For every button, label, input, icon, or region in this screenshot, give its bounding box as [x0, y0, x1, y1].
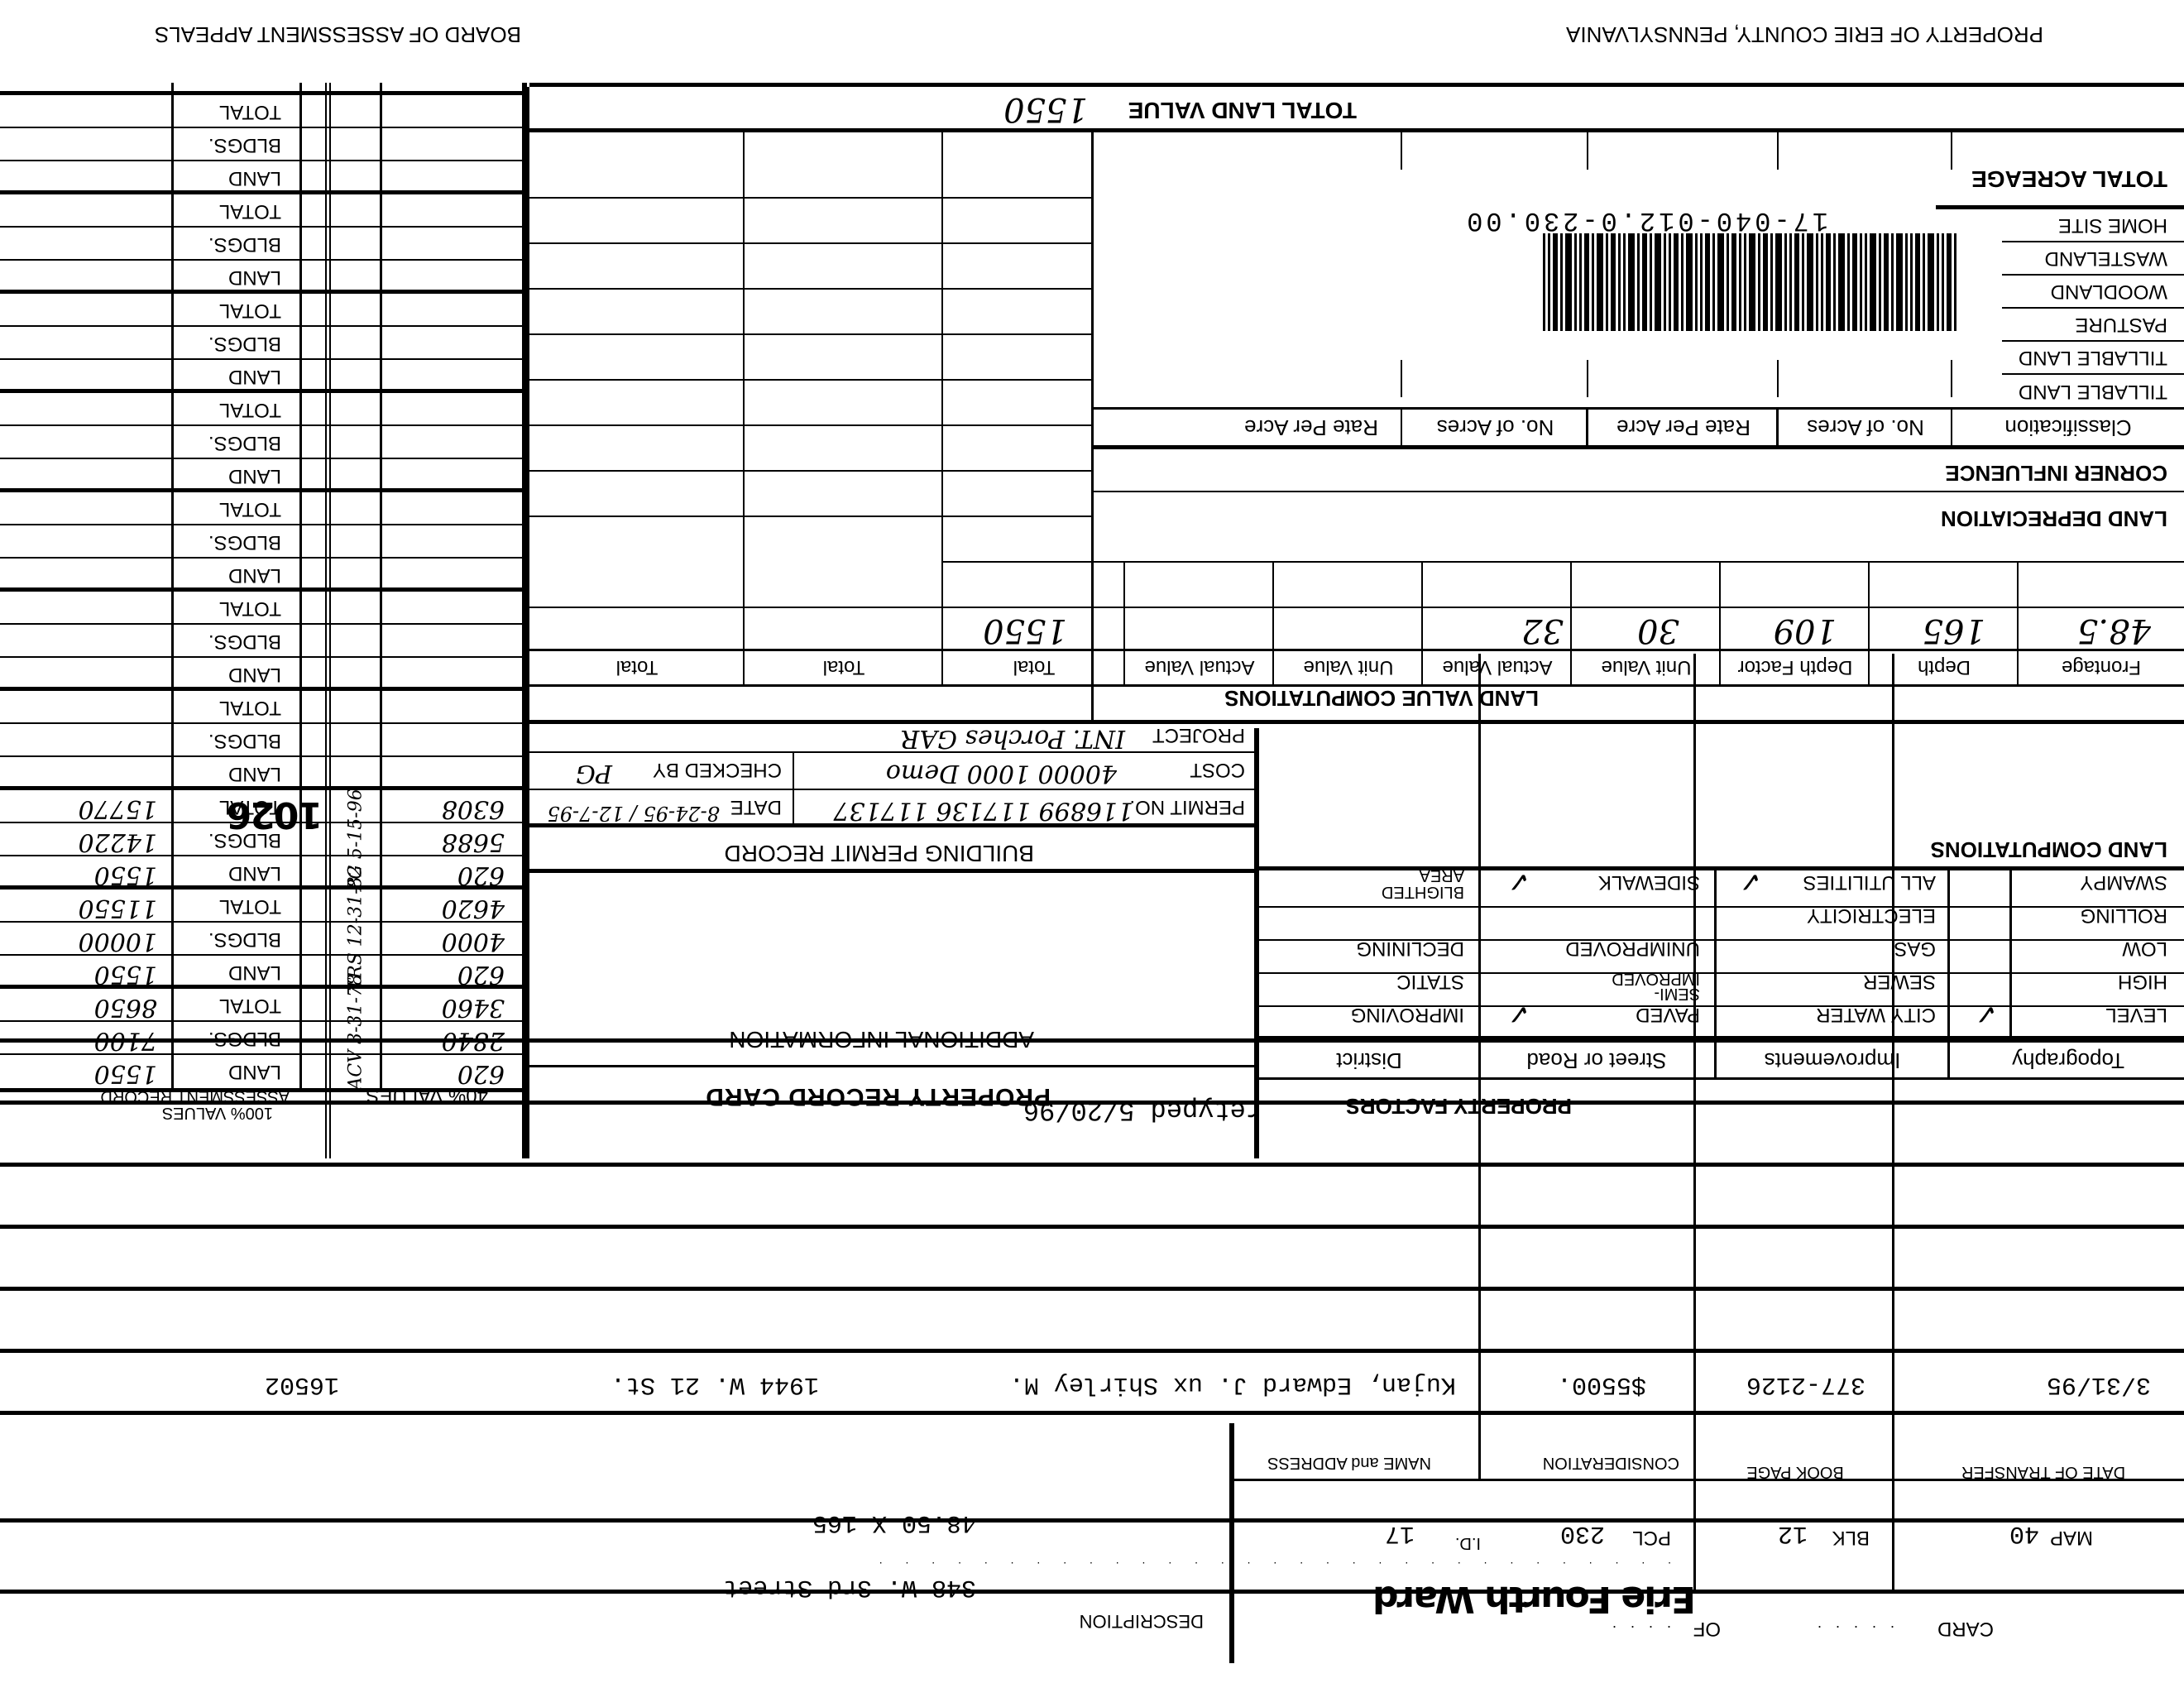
acre-col-no-acres-1: No. of Acres — [1779, 417, 1952, 439]
permit-no-values: 116899 117136 117137 — [833, 796, 1133, 825]
center-right-border-top — [527, 720, 529, 1158]
factor-topo: LOW — [2122, 938, 2167, 958]
total-land-value-label: TOTAL LAND VALUE — [1128, 98, 1357, 122]
tc-line — [529, 242, 1092, 244]
land-value-computations-title: LAND VALUE COMPUTATIONS — [1224, 688, 1539, 709]
value-40pct: 4620 — [442, 894, 505, 923]
total-land-value-amount: 1550 — [1003, 90, 1088, 128]
lvc-div — [1123, 563, 1125, 687]
id-value: 17 — [1385, 1519, 1415, 1547]
factors-col-district: District — [1262, 1050, 1477, 1072]
property-record-card: CARD . . . . . OF . . . . Erie Fourth Wa… — [0, 0, 2184, 1688]
acre-div — [1951, 410, 1952, 449]
assessment-row-label: TOTAL — [219, 300, 281, 320]
blk-label: BLK — [1832, 1527, 1870, 1547]
acre-row-label: WASTELAND — [2045, 248, 2167, 268]
cost-label: COST — [1190, 760, 1245, 779]
factor-topo: ROLLING — [2081, 905, 2167, 925]
tc-line — [529, 379, 1092, 381]
value-100pct: 14220 — [79, 827, 157, 856]
value-100pct: 8650 — [94, 993, 157, 1022]
id-label: I.D. — [1455, 1535, 1481, 1551]
acre-row-label: HOME SITE — [2058, 215, 2167, 235]
assessment-row-line — [0, 885, 527, 890]
assessment-row-line — [0, 290, 527, 294]
parcel-number: 17-040-012.0-230.00 — [1463, 205, 1828, 236]
transfer-row-line-3 — [0, 1225, 2184, 1229]
acre-row-line — [2002, 274, 2184, 276]
acre-row-label: PASTURE — [2075, 314, 2167, 334]
tc-line — [529, 470, 1092, 472]
factors-div-c — [1714, 869, 1717, 1080]
acre-div — [1401, 410, 1402, 449]
acre-tick — [1777, 132, 1779, 170]
assessment-row-line — [0, 985, 527, 989]
center-line-d — [529, 720, 2184, 724]
card-label: CARD — [1937, 1618, 1994, 1638]
of-label: OF — [1693, 1618, 1721, 1638]
date-label: DATE — [730, 797, 782, 817]
permit-divider — [793, 753, 794, 827]
assessment-row-line — [0, 259, 527, 261]
assessment-row-label: LAND — [228, 962, 281, 982]
factor-street: SEMI-IMPROVED — [1609, 971, 1700, 1001]
factor-topo: HIGH — [2118, 971, 2167, 991]
factor-impr: ALL UTILITIES — [1803, 872, 1937, 892]
factor-topo: LEVEL — [2105, 1005, 2167, 1024]
factors-header-line — [1257, 1036, 2184, 1040]
lvc-col-actual-value: Actual Value — [1423, 657, 1572, 677]
assessment-row-line — [0, 190, 527, 194]
assessment-row-line — [0, 160, 527, 161]
transfer-consideration: $5500. — [1557, 1370, 1646, 1398]
assessment-row-line — [0, 755, 527, 757]
tc-line — [529, 424, 1092, 426]
factor-topo: SWAMPY — [2080, 872, 2167, 892]
acre-tick — [1777, 360, 1779, 397]
lvc-div — [1570, 563, 1572, 687]
tc-line — [529, 333, 1092, 335]
pcl-label: PCL — [1632, 1527, 1671, 1547]
assessment-row-line — [0, 358, 527, 360]
value-40pct: 620 — [457, 960, 505, 989]
pcl-value: 230 — [1560, 1519, 1605, 1547]
assessment-row-label: LAND — [228, 267, 281, 287]
factors-div-a — [2009, 870, 2012, 1040]
lvc-div — [1868, 563, 1870, 687]
factors-col-improvements: Improvements — [1717, 1050, 1948, 1072]
lvc-col-total-3: Total — [529, 657, 745, 677]
acre-col-rate-2: Rate Per Acre — [1220, 417, 1402, 439]
value-40pct: 2840 — [442, 1026, 505, 1055]
factor-line — [1257, 906, 2184, 908]
lvc-total-div-1 — [941, 132, 943, 687]
tc-line — [529, 288, 1092, 290]
assessment-row-label: BLDGS. — [208, 1029, 281, 1048]
factor-impr: SEWER — [1863, 971, 1936, 991]
lot-size: 48.50 X 165 — [812, 1508, 976, 1537]
assessment-row-line — [0, 524, 527, 525]
lvc-total-div-2 — [743, 132, 745, 687]
assessment-row-label: TOTAL — [219, 797, 281, 817]
acre-tick — [1951, 132, 1952, 170]
ward-stamp: Erie Fourth Ward — [1374, 1578, 1696, 1620]
acre-tick — [1587, 132, 1588, 170]
assess-header-line — [0, 1088, 527, 1092]
parcel-barcode — [1540, 233, 1956, 331]
lvc-div — [1719, 563, 1721, 687]
assessment-row-label: LAND — [228, 466, 281, 486]
transfer-row-line-2 — [0, 1287, 2184, 1291]
transfer-col-date: DATE OF TRANSFER — [1936, 1463, 2151, 1481]
factor-street: PAVED — [1636, 1005, 1700, 1024]
value-100pct: 7100 — [94, 1026, 157, 1055]
factor-impr: CITY WATER — [1816, 1005, 1936, 1024]
corner-influence-label: CORNER INFLUENCE — [1945, 463, 2167, 484]
check-icon: ✓ — [1975, 997, 1999, 1030]
lvc-col-unit-value-2: Unit Value — [1274, 657, 1423, 677]
assessment-row-label: LAND — [228, 168, 281, 188]
blk-value: 12 — [1778, 1519, 1808, 1547]
assessment-row-line — [0, 587, 527, 592]
project-value: INT. Porches GAR — [901, 724, 1125, 753]
description-address: 348 W. 3rd Street — [723, 1573, 976, 1601]
factor-street: SIDEWALK — [1598, 872, 1700, 892]
assessment-row-label: BLDGS. — [208, 830, 281, 850]
permit-no-label: PERMIT NO. — [1129, 797, 1245, 817]
lvc-total-value: 1550 — [983, 611, 1067, 650]
assessment-row-label: TOTAL — [219, 896, 281, 916]
transfer-col-book-page: BOOK PAGE — [1721, 1463, 1870, 1481]
assessment-row-label: BLDGS. — [208, 532, 281, 552]
lvc-col-total-2: Total — [745, 657, 943, 677]
acre-tick — [1401, 132, 1402, 170]
factors-col-topography: Topography — [1952, 1050, 2184, 1072]
transfer-date: 3/31/95 — [2047, 1370, 2151, 1398]
factor-district: STATIC — [1396, 971, 1464, 991]
land-right-border — [1091, 132, 1094, 724]
description-label: DESCRIPTION — [1080, 1612, 1204, 1630]
assessment-row-label: TOTAL — [219, 598, 281, 618]
lvc-div — [1272, 563, 1274, 687]
tc-line — [529, 197, 1092, 199]
check-icon: ✓ — [1507, 997, 1531, 1030]
header-divider — [1229, 1423, 1234, 1663]
acre-row-label: WOODLAND — [2051, 281, 2167, 301]
retyped-note: retyped 5/20/96 — [1023, 1095, 1262, 1125]
building-permit-title: BUILDING PERMIT RECORD — [725, 842, 1034, 865]
assessment-row-label: TOTAL — [219, 995, 281, 1015]
transfer-header-line — [0, 1411, 2184, 1415]
depr-line — [1092, 491, 2184, 492]
factor-impr: GAS — [1894, 938, 1936, 958]
assessment-row-line — [0, 557, 527, 559]
acre-tick — [1401, 360, 1402, 397]
of-dots: . . . . — [1607, 1623, 1671, 1638]
acre-row-label: TILLABLE LAND — [2019, 348, 2167, 367]
notes-right-border-2 — [325, 83, 327, 1158]
center-right-border — [527, 87, 529, 724]
assessment-row-line — [0, 786, 527, 790]
value-100pct: 1550 — [94, 861, 157, 890]
transfer-zip: 16502 — [265, 1370, 339, 1398]
assessment-row-line — [0, 488, 527, 492]
assessment-row-label: LAND — [228, 565, 281, 585]
permit-line-2 — [529, 751, 1257, 753]
assessment-row-line — [0, 687, 527, 691]
assessment-row-line — [0, 325, 527, 327]
lvc-frontage-value: 48.5 — [2077, 611, 2151, 650]
total-land-value-line — [529, 83, 2184, 87]
values100-label: 100% VALUES — [162, 1105, 273, 1121]
transfer-address: 1944 W. 21 St. — [611, 1370, 819, 1398]
assessment-row-line — [0, 424, 527, 426]
factor-line — [1257, 972, 2184, 974]
assessment-note: TRS 12-31-82 — [346, 892, 366, 991]
header-line-1b — [0, 1590, 1233, 1594]
assessment-row-label: LAND — [228, 664, 281, 684]
transfer-col-name-address: NAME and ADDRESS — [1267, 1455, 1431, 1471]
lvc-actual-value: 32 — [1521, 611, 1564, 650]
lvc-unit-value: 30 — [1637, 611, 1679, 650]
land-depreciation-label: LAND DEPRECIATION — [1941, 508, 2167, 530]
factors-line-a — [1257, 1077, 2184, 1080]
factor-district: DECLINING — [1356, 938, 1464, 958]
record-card-title: PROPERTY RECORD CARD — [705, 1084, 1051, 1109]
header-line-2 — [0, 1518, 2184, 1523]
lvc-col-frontage: Frontage — [2019, 657, 2184, 677]
value-100pct: 11550 — [79, 894, 157, 923]
additional-info-title: ADDITIONAL INFORMATION — [729, 1028, 1034, 1051]
acre-row-line — [2002, 373, 2184, 375]
assessment-row-line — [0, 656, 527, 658]
assessment-row-label: LAND — [228, 1062, 281, 1081]
acre-row-line — [2002, 241, 2184, 242]
lvc-line-a — [529, 684, 2184, 687]
lvc-col-unit-value: Unit Value — [1572, 657, 1721, 677]
lvc-col-depth-factor: Depth Factor — [1721, 657, 1870, 677]
assessment-row-label: TOTAL — [219, 698, 281, 717]
assessment-row-label: BLDGS. — [208, 234, 281, 254]
value-40pct: 6308 — [442, 794, 505, 823]
assessment-row-label: BLDGS. — [208, 433, 281, 453]
acre-row-label: TILLABLE LAND — [2019, 381, 2167, 401]
factors-bottom-line — [1257, 866, 2184, 870]
permit-date-value: 8-24-95 / 12-7-95 — [548, 802, 720, 825]
acre-row-line — [1936, 205, 2184, 209]
assessment-row-label: TOTAL — [219, 499, 281, 519]
transfer-book-page: 377-2126 — [1746, 1370, 1865, 1398]
assessment-row-line — [0, 127, 527, 128]
lvc-depth-factor-value: 109 — [1774, 611, 1837, 650]
assessment-row-label: BLDGS. — [208, 333, 281, 353]
factor-line — [1257, 1005, 2184, 1007]
factors-div-b — [1947, 869, 1950, 1080]
project-label: PROJECT — [1152, 725, 1245, 745]
factor-line — [1257, 939, 2184, 941]
factors-right-border — [1254, 728, 1259, 1158]
transfer-name: Kujan, Edward J. ux Shirley M. — [1009, 1370, 1456, 1398]
assessment-row-label: LAND — [228, 367, 281, 386]
factor-district: BLIGHTED AREA — [1348, 867, 1464, 900]
acre-col-no-acres-2: No. of Acres — [1402, 417, 1588, 439]
checked-by-label: CHECKED BY — [653, 760, 782, 779]
assessment-row-label: LAND — [228, 863, 281, 883]
value-100pct: 1550 — [94, 960, 157, 989]
value-100pct: 10000 — [79, 927, 157, 956]
center-line-b — [529, 869, 1257, 873]
card-dots: . . . . . — [1813, 1623, 1894, 1638]
lvc-div — [2017, 563, 2019, 687]
lvc-row-line — [529, 607, 2184, 608]
assessment-row-label: LAND — [228, 764, 281, 784]
dotted-leader: . . . . . . . . . . . . . . . . . . . . … — [869, 1561, 1671, 1572]
assessment-note: ACV 3-31-78 — [346, 991, 366, 1091]
value-40pct: 620 — [457, 861, 505, 890]
value-100pct: 15770 — [79, 794, 157, 823]
value-40pct: 620 — [457, 1059, 505, 1088]
lvc-col-actual-value-2: Actual Value — [1125, 657, 1274, 677]
transfer-row-line-4 — [0, 1163, 2184, 1167]
acre-div — [1586, 410, 1588, 449]
checked-by-value: PG — [576, 759, 612, 788]
factor-district: IMPROVING — [1351, 1005, 1464, 1024]
factors-col-street: Street or Road — [1481, 1050, 1712, 1072]
assessment-row-label: BLDGS. — [208, 135, 281, 155]
acre-div — [1776, 410, 1779, 449]
acre-row-line — [2002, 307, 2184, 309]
footer-board: BOARD OF ASSESSMENT APPEALS — [155, 24, 521, 46]
factor-street: UNIMPROVED — [1565, 938, 1700, 958]
assessment-note: PG 5-15-96 — [346, 793, 366, 892]
permit-line-1 — [529, 789, 1257, 790]
acre-col-rate-1: Rate Per Acre — [1588, 417, 1779, 439]
acre-col-classification: Classification — [1952, 417, 2184, 439]
assessment-row-line — [0, 226, 527, 228]
tc-line — [529, 516, 1092, 517]
transfer-col-consideration: CONSIDERATION — [1543, 1455, 1679, 1471]
notes-right-border — [329, 83, 331, 1158]
value-40pct: 3460 — [442, 993, 505, 1022]
assessment-row-label: BLDGS. — [208, 631, 281, 651]
value-40pct: 4000 — [442, 927, 505, 956]
total-acreage-line — [529, 128, 2184, 132]
assessment-row-line — [0, 91, 527, 95]
factors-div-d — [1478, 869, 1481, 1080]
total-acreage-label: TOTAL ACREAGE — [1971, 167, 2167, 190]
value-40pct: 5688 — [442, 827, 505, 856]
assessment-row-line — [0, 458, 527, 459]
footer-owner: PROPERTY OF ERIE COUNTY, PENNSYLVANIA — [1566, 24, 2043, 46]
acre-tick — [1587, 360, 1588, 397]
assessment-row-label: BLDGS. — [208, 929, 281, 949]
transfer-row-line-1 — [0, 1349, 2184, 1353]
assess-left-border — [522, 83, 527, 1158]
assessment-row-label: TOTAL — [219, 201, 281, 221]
assessment-row-label: TOTAL — [219, 102, 281, 122]
lvc-depth-value: 165 — [1923, 611, 1985, 650]
acre-tick — [1951, 360, 1952, 397]
lvc-col-total-1: Total — [943, 657, 1125, 677]
factor-impr: ELECTRICITY — [1807, 905, 1936, 925]
map-label: MAP — [2050, 1527, 2093, 1547]
center-line-a — [529, 1065, 1257, 1067]
lvc-div — [1421, 563, 1423, 687]
assessment-row-line — [0, 389, 527, 393]
assessment-row-label: TOTAL — [219, 400, 281, 420]
cost-values: 40000 1000 Demo — [886, 759, 1117, 788]
lvc-col-depth: Depth — [1870, 657, 2019, 677]
land-computations-title: LAND COMPUTATIONS — [1931, 839, 2167, 861]
acre-header-line — [1092, 407, 2184, 410]
assessment-row-line — [0, 722, 527, 724]
map-value: 40 — [2009, 1519, 2039, 1547]
corner-line — [1092, 445, 2184, 449]
assessment-row-label: BLDGS. — [208, 731, 281, 750]
property-factors-title: PROPERTY FACTORS — [1345, 1096, 1572, 1117]
value-100pct: 1550 — [94, 1059, 157, 1088]
lvc-row-line-2 — [943, 561, 2184, 563]
assessment-row-line — [0, 623, 527, 625]
acre-row-line — [2002, 340, 2184, 342]
